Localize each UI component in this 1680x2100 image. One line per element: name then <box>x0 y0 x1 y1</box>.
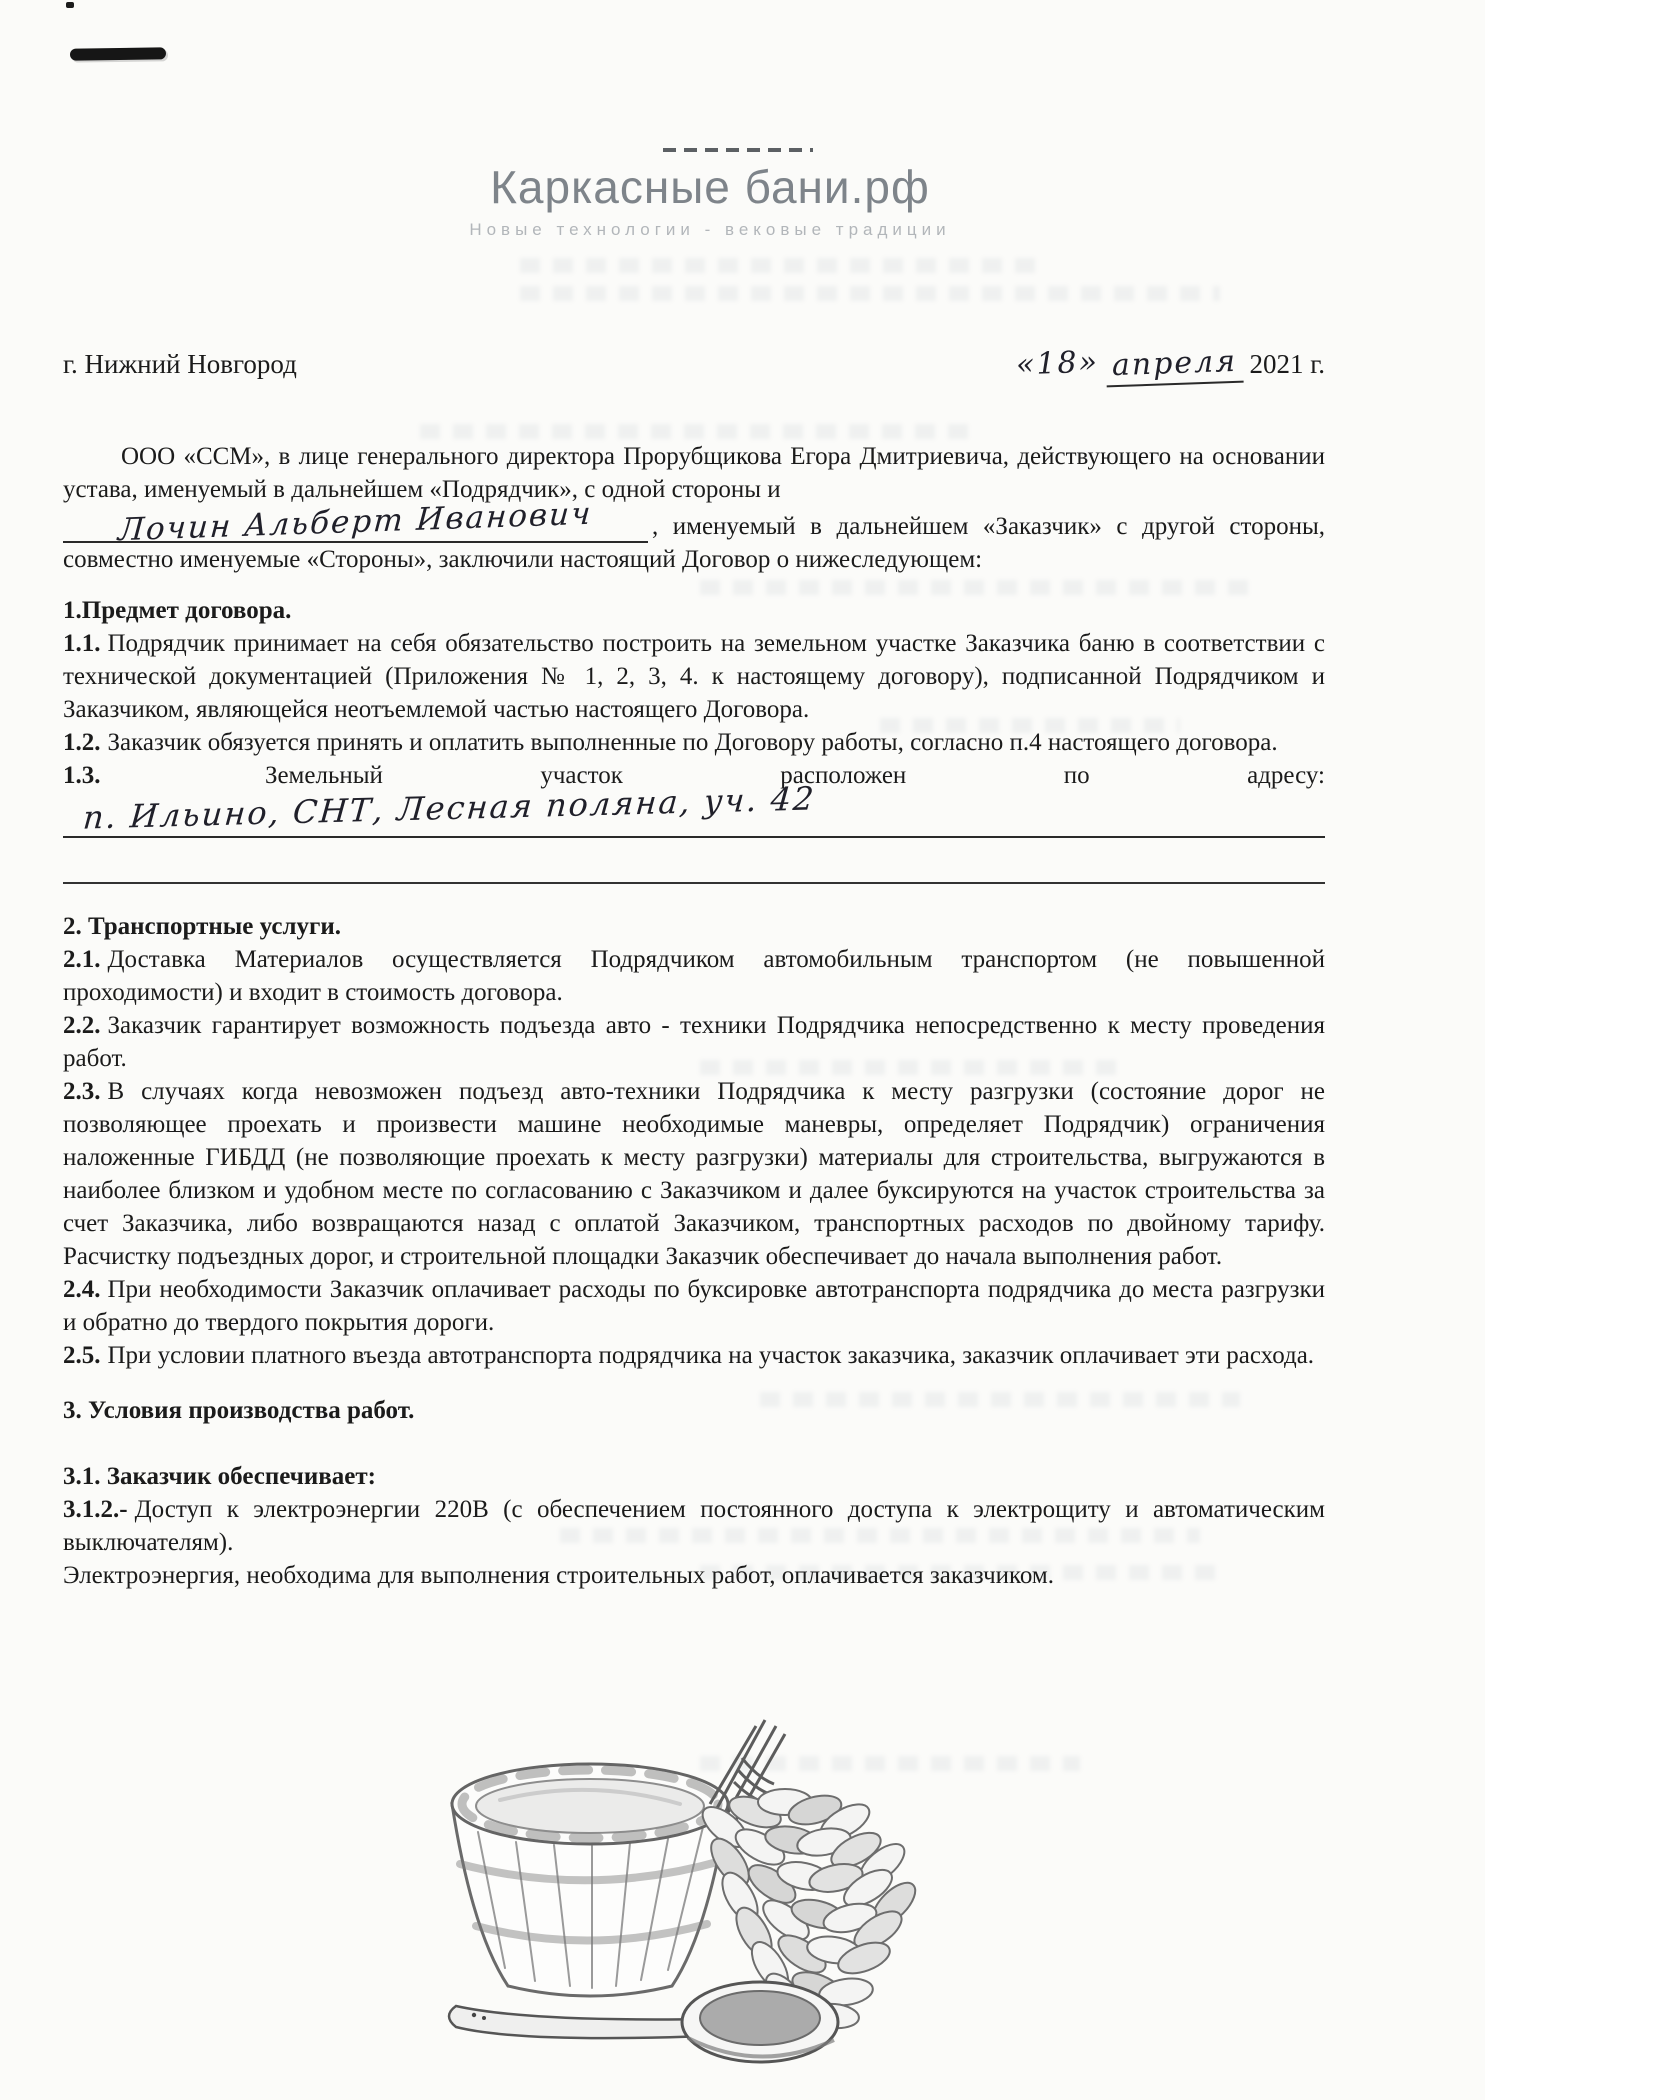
clause-text: Заказчик гарантирует возможность подъезд… <box>63 1012 1325 1072</box>
clause-2-1: 2.1.Доставка Материалов осуществляется П… <box>63 943 1325 1009</box>
clause-text: Доставка Материалов осуществляется Подря… <box>63 946 1325 1006</box>
section1-heading: 1.Предмет договора. <box>63 594 1325 627</box>
city-date-row: г. Нижний Новгород «18» апреля 2021 г. <box>63 346 1325 385</box>
clause-1-2: 1.2.Заказчик обязуется принять и оплатит… <box>63 726 1325 759</box>
company-logo: Каркасные бани.рф Новые технологии - век… <box>0 148 1420 240</box>
clause-number: 3.1.2.- <box>63 1496 128 1523</box>
customer-name-row: Лочин Альберт Иванович , именуемый в дал… <box>63 506 1325 543</box>
clause-text: При условии платного въезда автотранспор… <box>108 1342 1315 1369</box>
contract-date: «18» апреля 2021 г. <box>1016 346 1325 385</box>
clause-number: 2.3. <box>63 1078 101 1105</box>
bleed-through-artifact <box>520 286 1220 301</box>
logo-title: Каркасные бани.рф <box>0 160 1420 214</box>
bleed-through-artifact <box>420 424 980 439</box>
intro-closing: совместно именуемые «Стороны», заключили… <box>63 543 1325 576</box>
clause-3-1-heading: 3.1. Заказчик обеспечивает: <box>63 1460 1325 1493</box>
clause-number: 1.3. <box>63 759 101 792</box>
scanned-contract-page: { "document": { "logo": { "title": "Карк… <box>0 0 1680 2100</box>
section2-heading: 2. Транспортные услуги. <box>63 910 1325 943</box>
scan-page-edge <box>1485 0 1680 2100</box>
wooden-ladle <box>449 1982 838 2062</box>
clause-text: Доступ к электроэнергии 220В (с обеспече… <box>63 1496 1325 1556</box>
clause-number: 1.1. <box>63 630 101 657</box>
clause-number: 2.5. <box>63 1342 101 1369</box>
sauna-bucket-besom-ladle-drawing <box>420 1692 920 2092</box>
bleed-through-artifact <box>520 258 1040 273</box>
scan-artifact-dot <box>66 2 74 8</box>
date-day-handwritten: «18» <box>1015 345 1099 383</box>
customer-name-handwritten: Лочин Альберт Иванович <box>117 498 593 548</box>
logo-dash-line <box>663 148 813 152</box>
clause-word: по <box>1064 759 1090 792</box>
clause-number: 2.2. <box>63 1012 101 1039</box>
electricity-note: Электроэнергия, необходима для выполнени… <box>63 1559 1325 1592</box>
clause-number: 2.1. <box>63 946 101 973</box>
clause-2-5: 2.5.При условии платного въезда автотран… <box>63 1339 1325 1372</box>
clause-2-2: 2.2.Заказчик гарантирует возможность под… <box>63 1009 1325 1075</box>
clause-3-1-2: 3.1.2.-Доступ к электроэнергии 220В (с о… <box>63 1493 1325 1559</box>
intro-after-name: , именуемый в дальнейшем «Заказчик» с др… <box>648 510 1325 543</box>
customer-name-blank: Лочин Альберт Иванович <box>63 506 648 543</box>
clause-text: При необходимости Заказчик оплачивает ра… <box>63 1276 1325 1336</box>
date-year: 2021 г. <box>1249 349 1325 379</box>
clause-2-3: 2.3.В случаях когда невозможен подъезд а… <box>63 1075 1325 1273</box>
clause-number: 1.2. <box>63 729 101 756</box>
clause-2-4: 2.4.При необходимости Заказчик оплачивае… <box>63 1273 1325 1339</box>
date-month-handwritten: апреля <box>1105 344 1243 388</box>
clause-number: 2.4. <box>63 1276 101 1303</box>
address-blank-line: п. Ильино, СНТ, Лесная поляна, уч. 42 <box>63 792 1325 838</box>
empty-blank-line <box>63 838 1325 884</box>
city-label: г. Нижний Новгород <box>63 349 297 380</box>
scan-artifact-bar <box>70 47 166 60</box>
logo-tagline: Новые технологии - вековые традиции <box>0 220 1420 240</box>
clause-text: Заказчик обязуется принять и оплатить вы… <box>108 729 1278 756</box>
clause-text: Подрядчик принимает на себя обязательств… <box>63 630 1325 723</box>
contract-body: ООО «ССМ», в лице генерального директора… <box>63 440 1325 1592</box>
section3-heading: 3. Условия производства работ. <box>63 1394 1325 1427</box>
intro-paragraph: ООО «ССМ», в лице генерального директора… <box>63 440 1325 506</box>
clause-1-1: 1.1.Подрядчик принимает на себя обязател… <box>63 627 1325 726</box>
wooden-tub <box>452 1764 728 1996</box>
clause-text: В случаях когда невозможен подъезд авто-… <box>63 1078 1325 1270</box>
clause-word: адресу: <box>1247 759 1325 792</box>
clause-word: Земельный <box>265 759 383 792</box>
